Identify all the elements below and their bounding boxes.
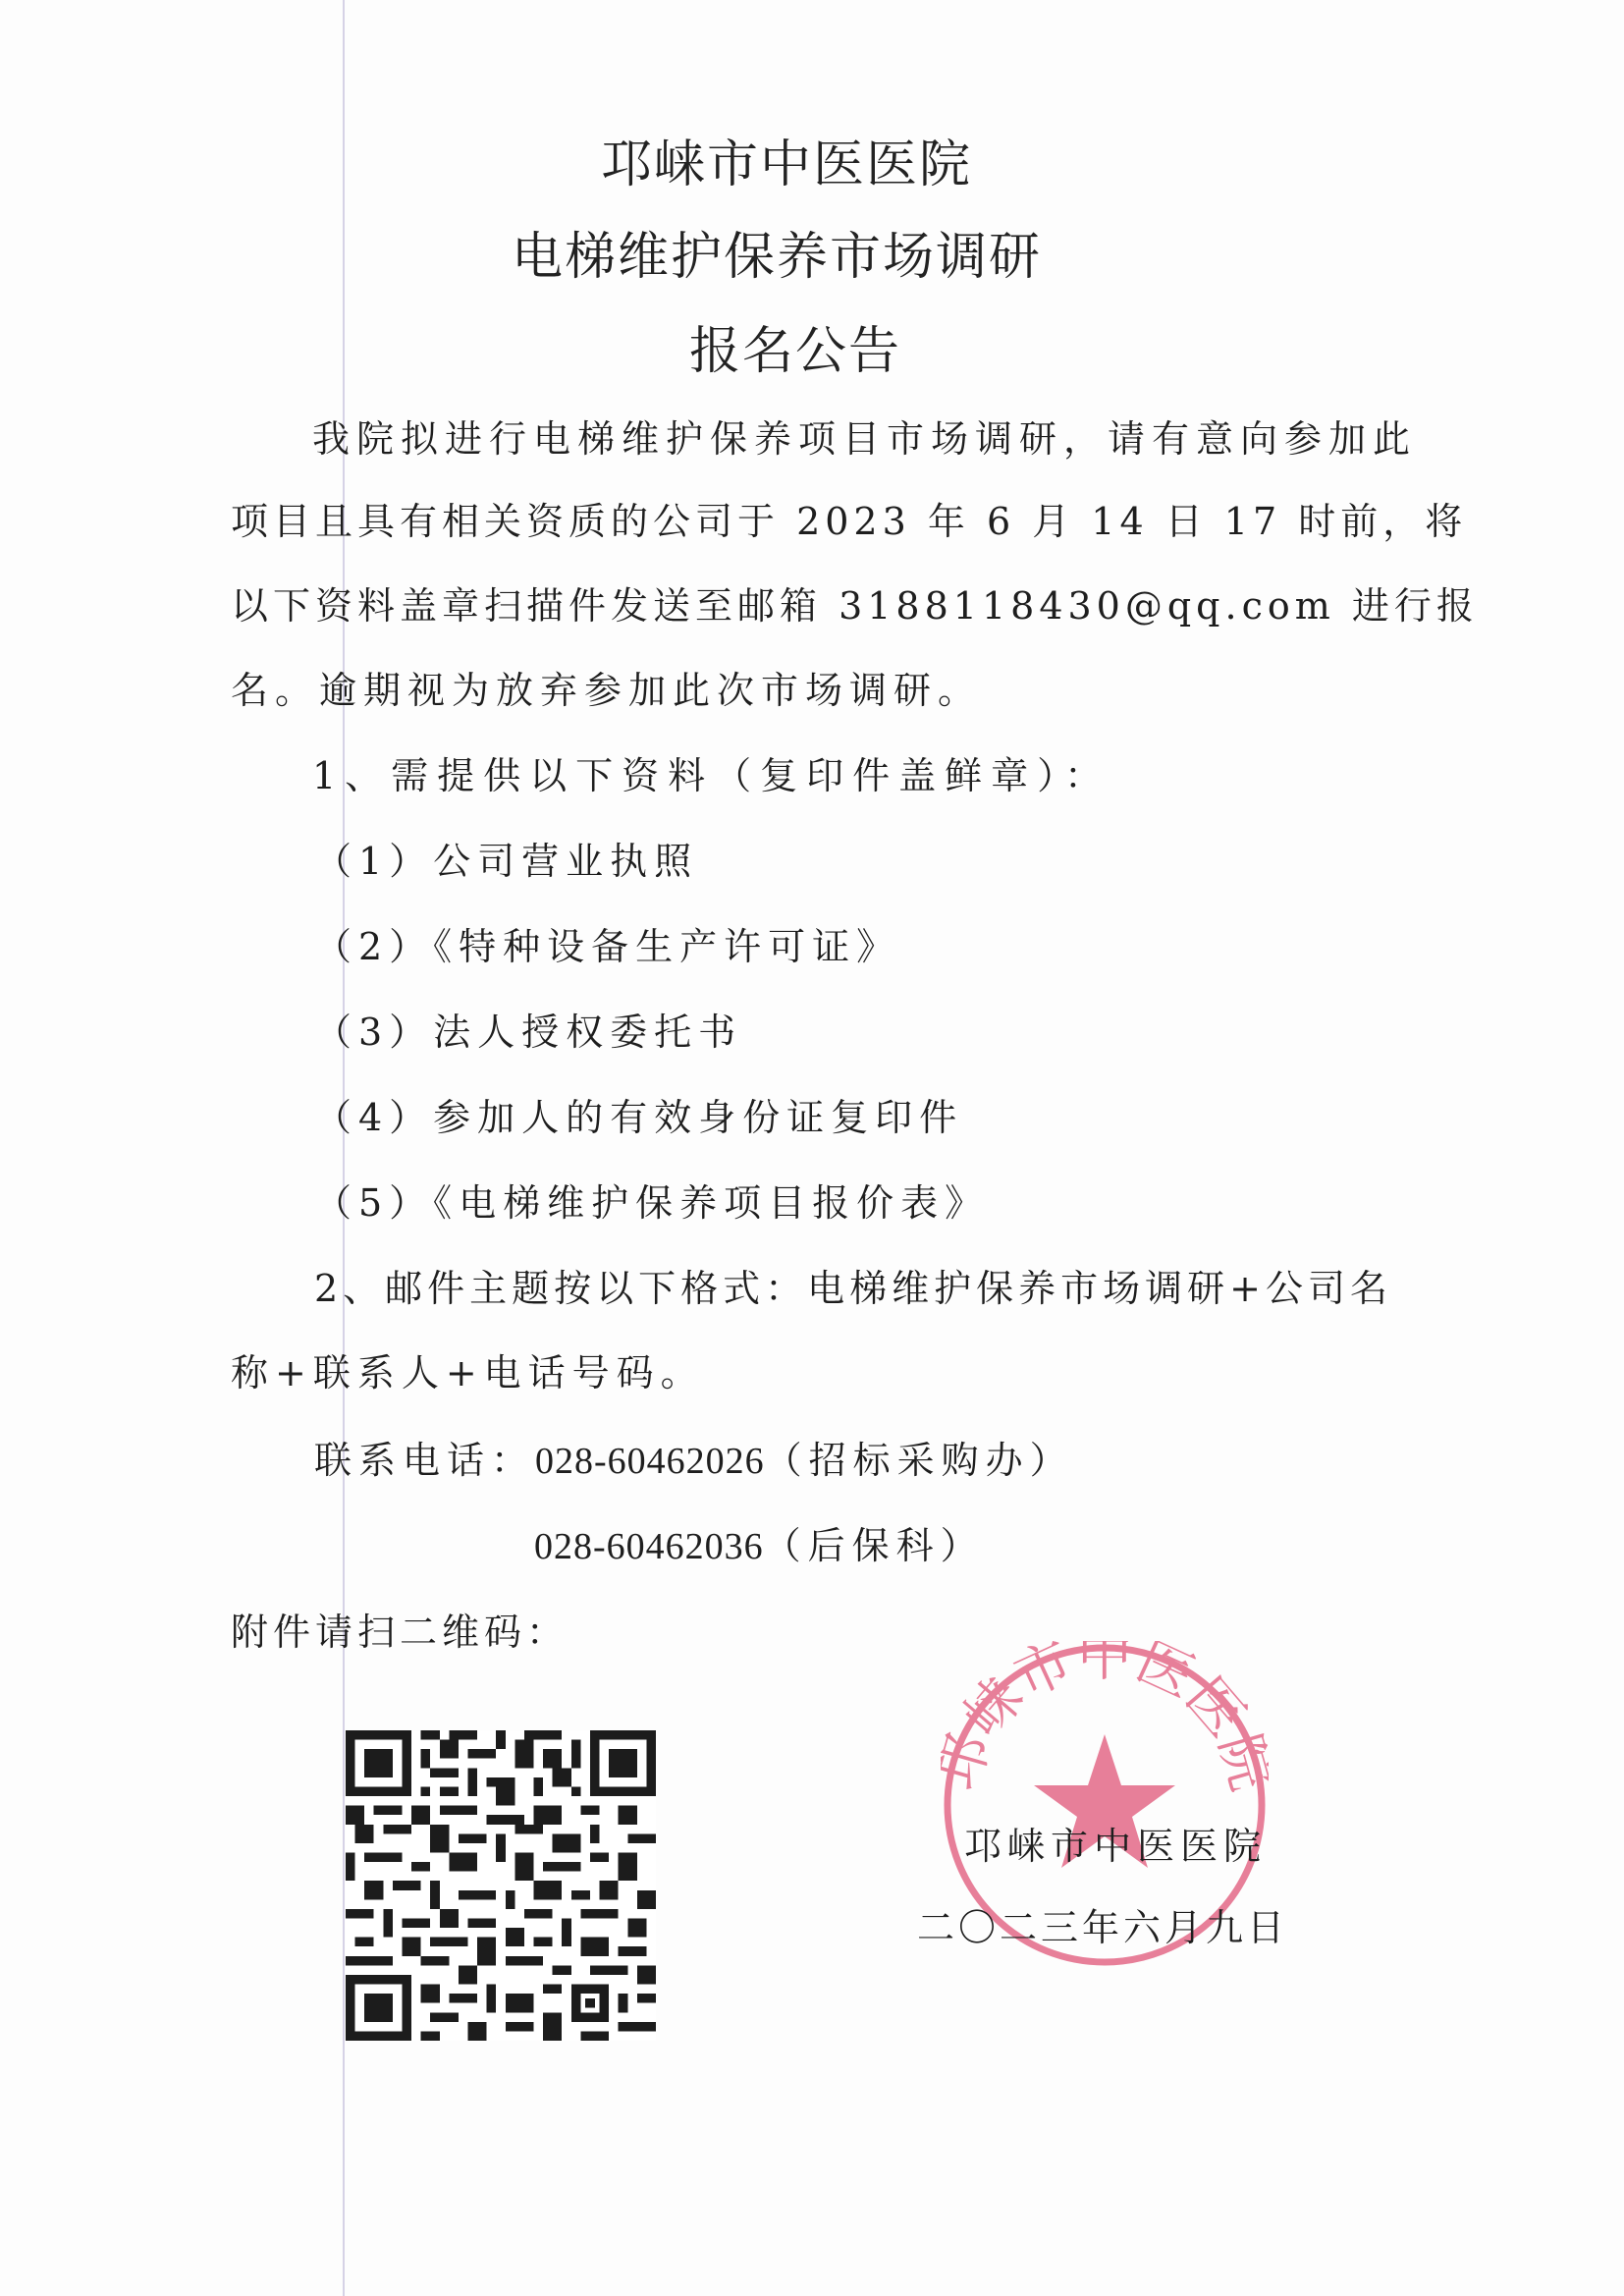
phone-dept-logistics: （后保科）: [764, 1524, 985, 1567]
intro-line-2: 项目且具有相关资质的公司于 2023 年 6 月 14 日 17 时前，将: [231, 503, 1467, 540]
title-line-hospital: 邛崃市中医医院: [601, 139, 972, 191]
phone-dept-procurement: （招标采购办）: [765, 1439, 1074, 1482]
section2-line-1: 2、邮件主题按以下格式：电梯维护保养市场调研+公司名: [314, 1270, 1392, 1307]
section1-heading: 1、需提供以下资料（复印件盖鲜章）：: [312, 757, 1110, 794]
title-line-subject: 电梯维护保养市场调研: [512, 232, 1042, 283]
document-page: 邛崃市中医医院 电梯维护保养市场调研 报名公告 我院拟进行电梯维护保养项目市场调…: [0, 0, 1624, 2296]
list-item-1: （1）公司营业执照: [314, 843, 698, 880]
list-item-3: （3）法人授权委托书: [314, 1013, 742, 1051]
title-line-announcement: 报名公告: [689, 326, 901, 377]
signature-org: 邛崃市中医医院: [964, 1828, 1267, 1865]
contact-row-2: 028-60462036（后保科）: [534, 1527, 985, 1565]
intro-line-3: 以下资料盖章扫描件发送至邮箱 3188118430@qq.com 进行报: [231, 587, 1479, 625]
attachment-note: 附件请扫二维码：: [231, 1613, 568, 1651]
signature-date: 二〇二三年六月九日: [917, 1909, 1288, 1946]
contact-label: 联系电话：: [314, 1439, 535, 1482]
list-item-4: （4）参加人的有效身份证复印件: [314, 1099, 963, 1136]
scan-artifact-line: [343, 0, 345, 2296]
phone-number-logistics: 028-60462036: [534, 1526, 764, 1567]
section2-line-2: 称+联系人+电话号码。: [231, 1354, 705, 1392]
intro-line-4: 名。逾期视为放弃参加此次市场调研。: [231, 672, 982, 709]
list-item-5: （5）《电梯维护保养项目报价表》: [314, 1184, 989, 1222]
qr-code-icon[interactable]: [346, 1730, 656, 2041]
intro-line-1: 我院拟进行电梯维护保养项目市场调研，请有意向参加此: [312, 420, 1417, 458]
contact-row-1: 联系电话：028-60462026（招标采购办）: [314, 1442, 1074, 1480]
phone-number-procurement: 028-60462026: [535, 1441, 765, 1482]
list-item-2: （2）《特种设备生产许可证》: [314, 928, 900, 965]
